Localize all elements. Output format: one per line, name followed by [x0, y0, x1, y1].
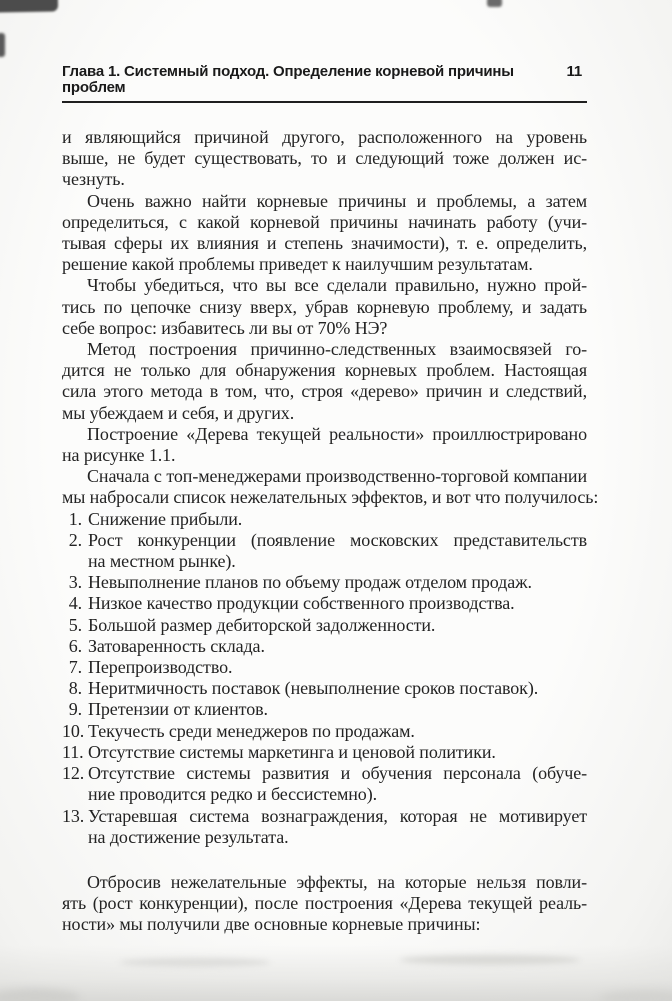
text-line: и являющийся причиной другого, расположе… [62, 127, 587, 148]
text-line: ности» мы получили две основные корневые… [62, 914, 587, 935]
paragraph: Метод построения причинно-следственных в… [62, 339, 587, 424]
text-block: Глава 1. Системный подход. Определение к… [62, 64, 587, 936]
list-item: 3.Невыполнение планов по объему продаж о… [62, 572, 587, 593]
list-item-text: Затоваренность склада. [88, 636, 587, 657]
text-line: Чтобы убедиться, что вы все сделали прав… [62, 275, 587, 296]
list-item: 2.Рост конкуренции (появление московских… [62, 530, 587, 572]
list-item: 10.Текучесть среди менеджеров по продажа… [62, 721, 587, 742]
list-item-text: Снижение прибыли. [88, 509, 587, 530]
paragraph: Построение «Дерева текущей реальности» п… [62, 424, 587, 466]
text-line: мы убеждаем и себя, и других. [62, 403, 587, 424]
list-item-text: Отсутствие системы развития и обучения п… [88, 763, 587, 805]
paragraph: и являющийся причиной другого, расположе… [62, 127, 587, 191]
text-line: тывая сферы их влияния и степень значимо… [62, 233, 587, 254]
list-item-text: Претензии от клиентов. [88, 699, 587, 720]
list-item-number: 13. [62, 806, 82, 827]
list-item: 8.Неритмичность поставок (невыполнение с… [62, 678, 587, 699]
text-line: Очень важно найти корневые причины и про… [62, 191, 587, 212]
list-item: 6.Затоваренность склада. [62, 636, 587, 657]
text-line: Отбросив нежелательные эффекты, на котор… [62, 872, 587, 893]
list-item-text: Устаревшая система вознаграждения, котор… [88, 806, 587, 848]
paragraphs: и являющийся причиной другого, расположе… [62, 127, 587, 509]
list-item-number: 10. [62, 721, 82, 742]
text-line: решение какой проблемы приведет к наилуч… [62, 254, 587, 275]
scan-artifact-left-edge [0, 33, 5, 57]
text-line: Текучесть среди менеджеров по продажам. [88, 721, 587, 742]
text-line: Низкое качество продукции собственного п… [88, 593, 587, 614]
list-item-text: Невыполнение планов по объему продаж отд… [88, 572, 587, 593]
text-line: Устаревшая система вознаграждения, котор… [88, 806, 587, 827]
header-rule [62, 101, 587, 103]
text-line: Перепроизводство. [88, 657, 587, 678]
text-line: Снижение прибыли. [88, 509, 587, 530]
list-item-number: 1. [62, 509, 82, 530]
paragraph: Чтобы убедиться, что вы все сделали прав… [62, 275, 587, 339]
page-number: 11 [567, 64, 587, 80]
scan-artifact-bottom-corner [0, 989, 80, 1001]
text-line: Отсутствие системы развития и обучения п… [88, 763, 587, 784]
list-item-number: 4. [62, 593, 82, 614]
list-item-number: 7. [62, 657, 82, 678]
list-item-number: 11. [62, 742, 82, 763]
list-item-number: 6. [62, 636, 82, 657]
list-item-number: 12. [62, 763, 82, 784]
list-item-text: Перепроизводство. [88, 657, 587, 678]
effects-list: 1.Снижение прибыли.2.Рост конкуренции (п… [62, 509, 587, 848]
book-page: Глава 1. Системный подход. Определение к… [0, 0, 672, 1001]
list-item: 9.Претензии от клиентов. [62, 699, 587, 720]
text-line: Невыполнение планов по объему продаж отд… [88, 572, 587, 593]
text-line: Неритмичность поставок (невыполнение сро… [88, 678, 587, 699]
list-item: 11.Отсутствие системы маркетинга и ценов… [62, 742, 587, 763]
paragraph: Сначала с топ-менеджерами производственн… [62, 466, 587, 508]
list-item-number: 5. [62, 615, 82, 636]
text-line: на достижение результата. [88, 827, 587, 848]
chapter-title: Глава 1. Системный подход. Определение к… [62, 64, 567, 96]
text-line: сила этого метода в том, что, строя «дер… [62, 381, 587, 402]
text-line: Сначала с топ-менеджерами производственн… [62, 466, 587, 487]
list-item: 12.Отсутствие системы развития и обучени… [62, 763, 587, 805]
text-line: Большой размер дебиторской задолженности… [88, 615, 587, 636]
list-item: 7.Перепроизводство. [62, 657, 587, 678]
text-line: на местном рынке). [88, 551, 587, 572]
scan-artifact-bottom-corner [600, 991, 672, 1001]
scan-artifact-bottom-smudge [400, 955, 580, 965]
list-item-text: Отсутствие системы маркетинга и ценовой … [88, 742, 587, 763]
list-item-number: 2. [62, 530, 82, 551]
text-line: Метод построения причинно-следственных в… [62, 339, 587, 360]
text-line: тись по цепочке снизу вверх, убрав корне… [62, 297, 587, 318]
list-item: 4.Низкое качество продукции собственного… [62, 593, 587, 614]
text-line: Отсутствие системы маркетинга и ценовой … [88, 742, 587, 763]
list-item-text: Рост конкуренции (появление московских п… [88, 530, 587, 572]
text-line: себе вопрос: избавитесь ли вы от 70% НЭ? [62, 318, 587, 339]
text-line: ние проводится редко и бессистемно). [88, 784, 587, 805]
paragraph: Очень важно найти корневые причины и про… [62, 191, 587, 276]
text-line: определиться, с какой корневой причины н… [62, 212, 587, 233]
list-item-text: Текучесть среди менеджеров по продажам. [88, 721, 587, 742]
list-item-number: 9. [62, 699, 82, 720]
text-line: ять (рост конкуренции), после построения… [62, 893, 587, 914]
body-text: и являющийся причиной другого, расположе… [62, 127, 587, 936]
list-item-text: Неритмичность поставок (невыполнение сро… [88, 678, 587, 699]
text-line: выше, не будет существовать, то и следую… [62, 148, 587, 169]
list-item-number: 8. [62, 678, 82, 699]
running-head: Глава 1. Системный подход. Определение к… [62, 64, 587, 96]
closing-paragraph: Отбросив нежелательные эффекты, на котор… [62, 872, 587, 936]
text-line: мы набросали список нежелательных эффект… [62, 487, 587, 508]
text-line: Претензии от клиентов. [88, 699, 587, 720]
list-item-number: 3. [62, 572, 82, 593]
text-line: на рисунке 1.1. [62, 445, 587, 466]
list-item: 13.Устаревшая система вознаграждения, ко… [62, 806, 587, 848]
text-line: Построение «Дерева текущей реальности» п… [62, 424, 587, 445]
list-item-text: Большой размер дебиторской задолженности… [88, 615, 587, 636]
list-item-text: Низкое качество продукции собственного п… [88, 593, 587, 614]
scan-artifact-bottom-smudge [120, 958, 270, 967]
text-line: чезнуть. [62, 169, 587, 190]
scan-artifact-top-right [487, 0, 502, 7]
scan-artifact-bottom-band [0, 945, 672, 1001]
list-item: 1.Снижение прибыли. [62, 509, 587, 530]
scan-artifact-top-left [0, 0, 58, 13]
text-line: Затоваренность склада. [88, 636, 587, 657]
list-item: 5.Большой размер дебиторской задолженнос… [62, 615, 587, 636]
text-line: дится не только для обнаружения корневых… [62, 360, 587, 381]
text-line: Рост конкуренции (появление московских п… [88, 530, 587, 551]
